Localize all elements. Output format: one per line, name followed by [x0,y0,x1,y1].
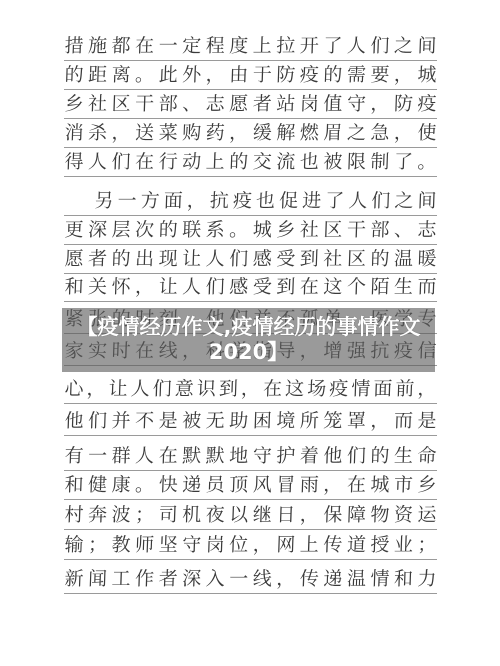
essay-line-17: 输；教师坚守岗位，网上传道授业； [64,532,438,560]
essay-line-6: 另一方面，抗疫也促进了人们之间 [64,188,438,216]
essay-line-7: 更深层次的联系。城乡社区干部、志 [64,217,438,245]
essay-line-5: 得人们在行动上的交流也被限制了。 [64,149,438,177]
watermark-overlay: 【疫情经历作文,疫情经历的事情作文 2020】 [62,308,435,372]
notebook-page: 措施都在一定程度上拉开了人们之间 的距离。此外，由于防疫的需要，城 乡社区干部、… [0,0,500,666]
essay-line-13: 他们并不是被无助困境所笼罩，而是 [64,408,438,436]
watermark-title-line1: 【疫情经历作文,疫情经历的事情作文 [77,315,421,340]
essay-line-16: 村奔波；司机夜以继日，保障物资运 [64,502,438,530]
essay-line-8: 愿者的出现让人们感受到社区的温暖 [64,246,438,274]
essay-line-15: 和健康。快递员顶风冒雨，在城市乡 [64,472,438,500]
essay-line-1: 措施都在一定程度上拉开了人们之间 [64,33,438,61]
essay-line-18: 新闻工作者深入一线，传递温情和力 [64,566,438,594]
essay-line-2: 的距离。此外，由于防疫的需要，城 [64,62,438,90]
watermark-title-line2: 2020】 [209,340,288,365]
essay-line-9: 和关怀，让人们感受到在这个陌生而 [64,274,438,302]
essay-line-3: 乡社区干部、志愿者站岗值守，防疫 [64,91,438,119]
essay-line-4: 消杀，送菜购药，缓解燃眉之急，使 [64,120,438,148]
essay-line-12: 心，让人们意识到，在这场疫情面前， [64,376,438,404]
essay-line-14: 有一群人在默默地守护着他们的生命 [64,443,438,471]
